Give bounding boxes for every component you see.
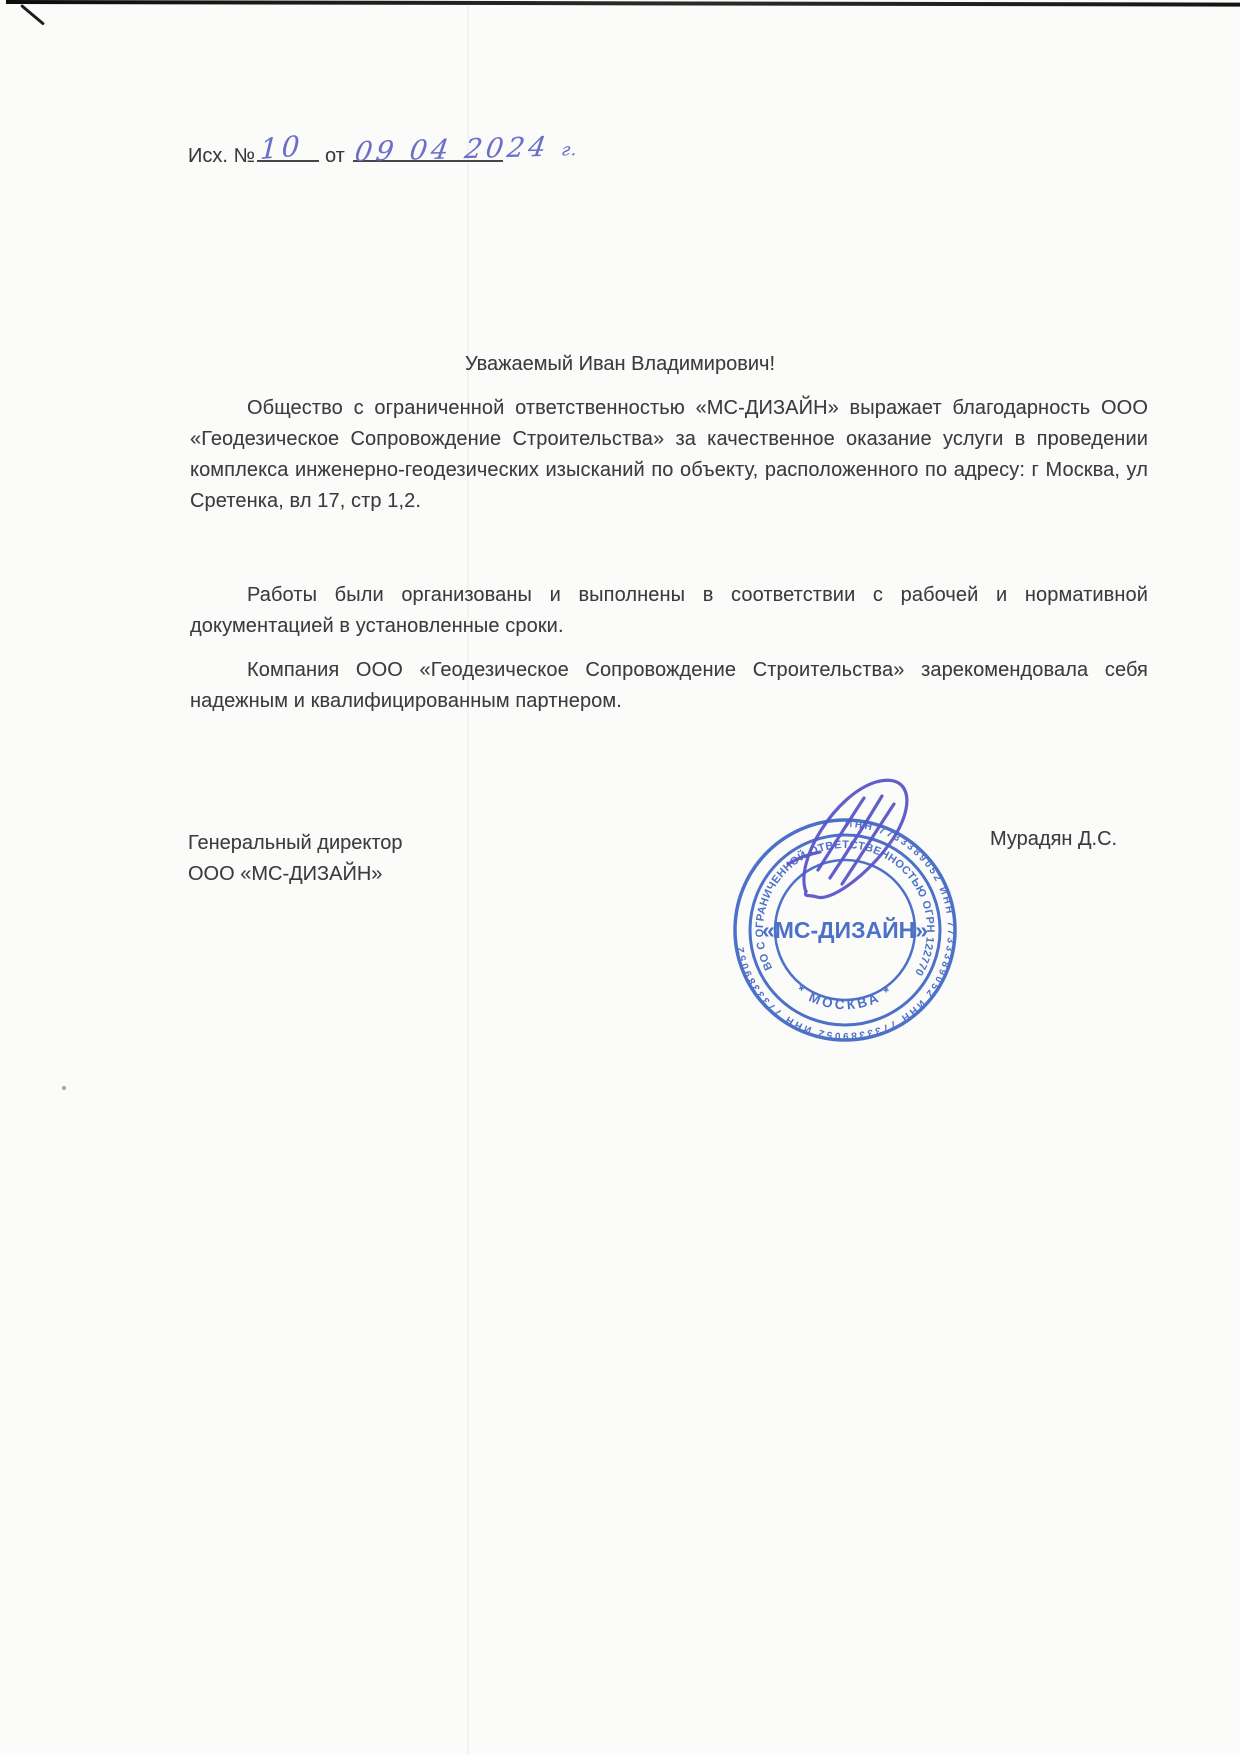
ref-label: Исх. № <box>188 145 255 168</box>
signer-name: Мурадян Д.С. <box>990 828 1117 851</box>
stamp-city-text: * МОСКВА * <box>794 982 897 1012</box>
paragraph-recommendation: Компания ООО «Геодезическое Сопровождени… <box>190 655 1148 717</box>
scan-artifact-streak <box>467 0 469 1755</box>
document-page: Исх. № 10 от 09 04 2024 г. Уважаемый Ива… <box>0 0 1240 1755</box>
signer-position-line1: Генеральный директор <box>188 828 403 859</box>
paragraph-works: Работы были организованы и выполнены в с… <box>190 580 1148 642</box>
ref-number-blank: 10 <box>257 140 319 162</box>
reference-line: Исх. № 10 от 09 04 2024 г. <box>188 140 507 168</box>
handwritten-date: 09 04 2024 г. <box>353 131 581 168</box>
paragraph-gratitude: Общество с ограниченной ответственностью… <box>190 393 1148 517</box>
scan-artifact-speck <box>62 1086 66 1090</box>
ref-date-blank: 09 04 2024 г. <box>353 140 503 162</box>
handwritten-date-value: 09 04 2024 <box>353 132 552 168</box>
signer-position-line2: ООО «МС-ДИЗАЙН» <box>188 859 403 890</box>
handwritten-date-suffix: г. <box>560 140 579 161</box>
signature-flourish <box>788 852 820 864</box>
scan-artifact-corner-tick <box>20 4 45 26</box>
scan-artifact-top-line <box>6 0 1240 7</box>
stamp-company-name: «МС-ДИЗАЙН» <box>762 916 928 943</box>
salutation: Уважаемый Иван Владимирович! <box>190 353 1050 376</box>
ref-preposition: от <box>325 145 345 168</box>
handwritten-signature <box>758 760 938 915</box>
handwritten-outgoing-number: 10 <box>259 129 304 166</box>
signature-block: Генеральный директор ООО «МС-ДИЗАЙН» <box>188 828 403 890</box>
